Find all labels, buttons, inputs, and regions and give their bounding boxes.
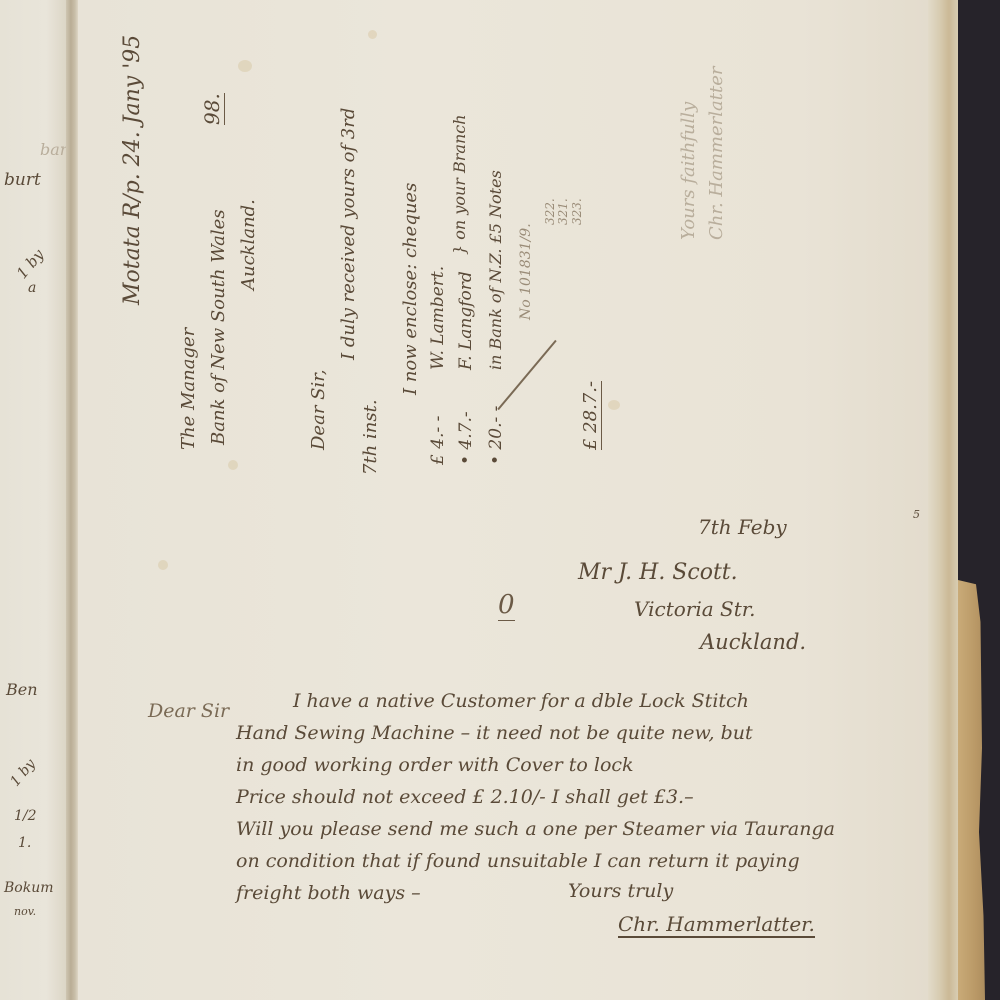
left-fragment: 1/2 xyxy=(14,808,37,824)
addressee-line: Auckland. xyxy=(238,199,259,290)
letter-number: 98. xyxy=(200,93,225,125)
recipient-line: Victoria Str. xyxy=(634,597,755,621)
rotated-body: I duly received yours of 3rd xyxy=(338,108,359,360)
item-amount: • 20.- - xyxy=(486,406,506,465)
left-fragment: burt xyxy=(4,170,41,190)
letter-page: Motata R/p. 24. Jany '95 98. The Manager… xyxy=(78,0,928,1000)
letter-line: on condition that if found unsuitable I … xyxy=(236,850,800,872)
letter-line: Price should not exceed £ 2.10/- I shall… xyxy=(236,786,694,808)
item-amount: • 4.7.- xyxy=(456,411,476,465)
note-numbers: 321. xyxy=(556,198,570,225)
letter-line: in good working order with Cover to lock xyxy=(236,754,634,776)
left-fragment: nov. xyxy=(14,905,36,918)
letter-line: I have a native Customer for a dble Lock… xyxy=(293,690,749,712)
recipient-line: Auckland. xyxy=(700,630,806,654)
page-edges xyxy=(928,0,958,1000)
item-amount: £ 4.- - xyxy=(428,416,448,465)
left-fragment: Bokum xyxy=(4,880,54,896)
letter-mark: 0 xyxy=(498,590,515,621)
faint-signature: Chr. Hammerlatter xyxy=(706,67,727,240)
item-payee: W. Lambert. xyxy=(428,266,448,370)
letter-line: freight both ways – xyxy=(236,882,421,904)
addressee-line: Bank of New South Wales xyxy=(208,209,229,445)
note-numbers: No 101831/9. xyxy=(518,223,534,320)
left-fragment: Ben xyxy=(6,680,38,699)
letter-salutation: Dear Sir xyxy=(148,700,229,722)
book-gutter xyxy=(66,0,78,1000)
addressee-line: The Manager xyxy=(178,328,199,450)
bracket-note: } on your Branch xyxy=(450,114,469,255)
left-page: ban burt 1 by a Ben 1 by 1/2 1. Bokum no… xyxy=(0,0,66,1000)
item-payee: F. Langford xyxy=(456,271,476,370)
faint-closing: Yours faithfully xyxy=(678,102,699,240)
letter-date: 7th Feby xyxy=(698,515,787,539)
left-fragment: 1 by xyxy=(7,756,39,789)
note-numbers: 323. xyxy=(570,198,584,225)
left-fragment: a xyxy=(28,280,36,296)
recipient-line: Mr J. H. Scott. xyxy=(578,560,738,585)
enclose-line: I now enclose: cheques xyxy=(400,183,421,395)
letter-signature: Chr. Hammerlatter. xyxy=(618,912,815,938)
letter-line: Hand Sewing Machine – it need not be qui… xyxy=(236,722,753,744)
letter-line: Will you please send me such a one per S… xyxy=(236,818,835,840)
item-payee: in Bank of N.Z. £5 Notes xyxy=(486,170,505,370)
left-fragment: ban xyxy=(40,140,66,159)
note-numbers: 322. xyxy=(543,198,557,225)
rotated-date-ref: 7th inst. xyxy=(360,399,381,475)
rotated-salutation: Dear Sir, xyxy=(308,369,329,450)
left-fragment: 1 by xyxy=(13,246,48,282)
total-amount: £ 28.7.- xyxy=(580,381,602,450)
rotated-heading: Motata R/p. 24. Jany '95 xyxy=(120,35,145,305)
letter-closing: Yours truly xyxy=(568,880,673,902)
left-fragment: 1. xyxy=(18,835,31,851)
margin-mark: 5 xyxy=(913,508,920,521)
